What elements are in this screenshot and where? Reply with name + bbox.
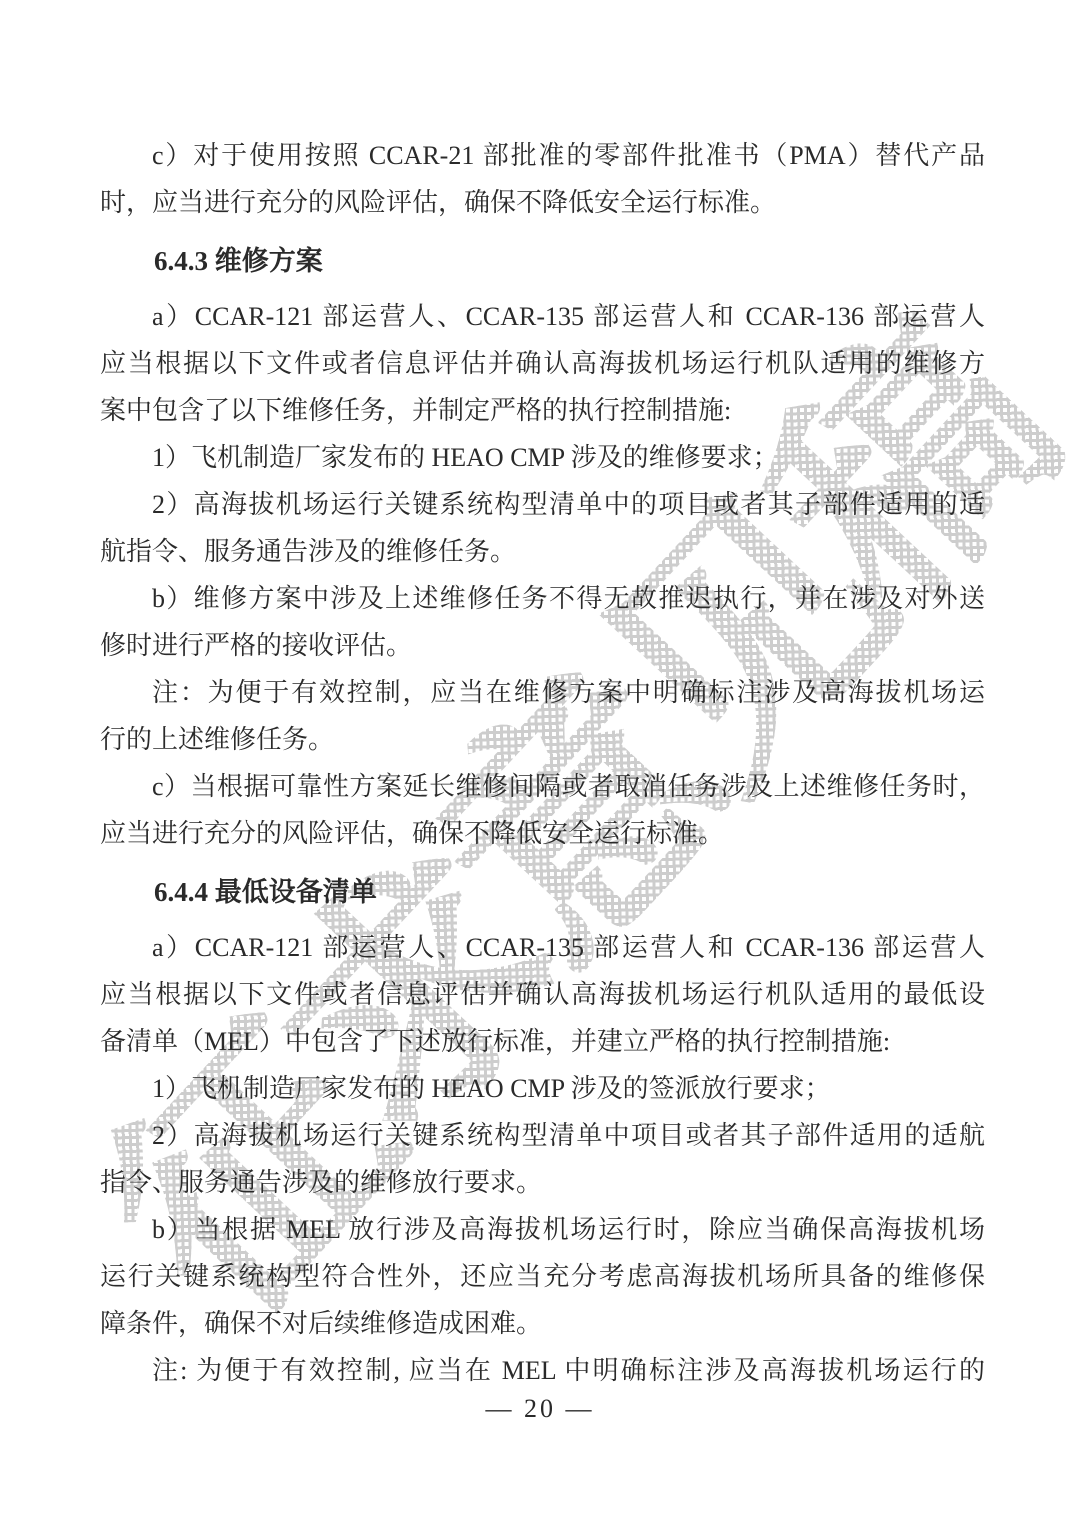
body-line: 应当根据以下文件或者信息评估并确认高海拔机场运行机队适用的维修方: [100, 340, 985, 387]
body-line: c）对于使用按照 CCAR-21 部批准的零部件批准书（PMA）替代产品: [100, 132, 985, 179]
section-heading-6-4-3: 6.4.3 维修方案: [100, 238, 985, 285]
body-line: 备清单（MEL）中包含了下述放行标准，并建立严格的执行控制措施:: [100, 1018, 985, 1065]
body-line: 指令、服务通告涉及的维修放行要求。: [100, 1159, 985, 1206]
body-line: 应当根据以下文件或者信息评估并确认高海拔机场运行机队适用的最低设: [100, 971, 985, 1018]
body-line: c）当根据可靠性方案延长维修间隔或者取消任务涉及上述维修任务时，: [100, 763, 985, 810]
body-line: 案中包含了以下维修任务，并制定严格的执行控制措施:: [100, 387, 985, 434]
body-line: 时，应当进行充分的风险评估，确保不降低安全运行标准。: [100, 179, 985, 226]
body-line: 航指令、服务通告涉及的维修任务。: [100, 528, 985, 575]
body-line: 运行关键系统构型符合性外，还应当充分考虑高海拔机场所具备的维修保: [100, 1253, 985, 1300]
body-line: a）CCAR-121 部运营人、CCAR-135 部运营人和 CCAR-136 …: [100, 293, 985, 340]
body-line: 2）高海拔机场运行关键系统构型清单中项目或者其子部件适用的适航: [100, 1112, 985, 1159]
body-line: 1）飞机制造厂家发布的 HEAO CMP 涉及的维修要求；: [100, 434, 985, 481]
body-line: 2）高海拔机场运行关键系统构型清单中的项目或者其子部件适用的适: [100, 481, 985, 528]
body-line: 障条件，确保不对后续维修造成困难。: [100, 1300, 985, 1347]
body-line: 注: 为便于有效控制, 应当在 MEL 中明确标注涉及高海拔机场运行的: [100, 1347, 985, 1394]
body-line: 修时进行严格的接收评估。: [100, 622, 985, 669]
body-line: 注：为便于有效控制，应当在维修方案中明确标注涉及高海拔机场运: [100, 669, 985, 716]
document-page: 征求意见稿 c）对于使用按照 CCAR-21 部批准的零部件批准书（PMA）替代…: [0, 0, 1080, 1527]
body-line: b）维修方案中涉及上述维修任务不得无故推迟执行，并在涉及对外送: [100, 575, 985, 622]
body-line: 应当进行充分的风险评估，确保不降低安全运行标准。: [100, 810, 985, 857]
section-heading-6-4-4: 6.4.4 最低设备清单: [100, 869, 985, 916]
page-number: — 20 —: [0, 1394, 1080, 1424]
document-body: c）对于使用按照 CCAR-21 部批准的零部件批准书（PMA）替代产品 时，应…: [100, 132, 985, 1394]
body-line: a）CCAR-121 部运营人、CCAR-135 部运营人和 CCAR-136 …: [100, 924, 985, 971]
body-line: 行的上述维修任务。: [100, 716, 985, 763]
body-line: 1）飞机制造厂家发布的 HEAO CMP 涉及的签派放行要求；: [100, 1065, 985, 1112]
body-line: b）当根据 MEL 放行涉及高海拔机场运行时，除应当确保高海拔机场: [100, 1206, 985, 1253]
